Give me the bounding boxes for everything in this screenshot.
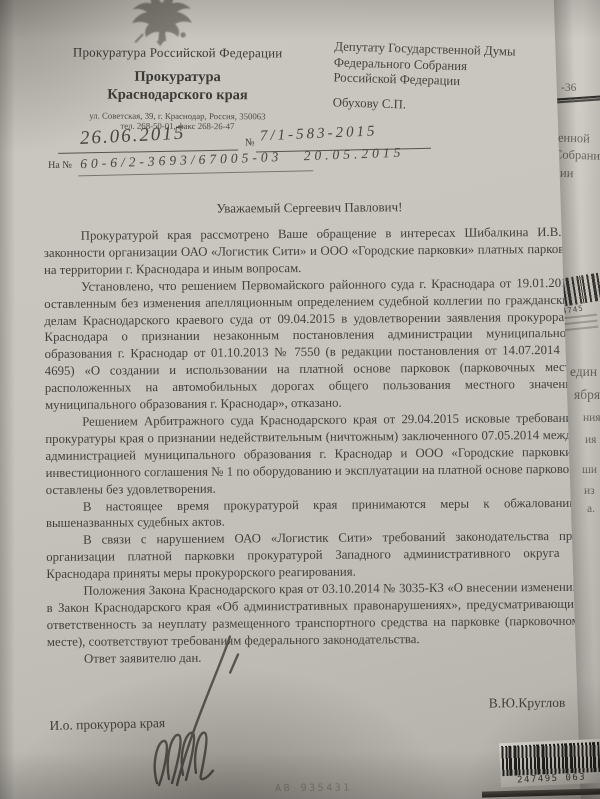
salutation: Уважаемый Сергеевич Павлович! [43,198,575,218]
handwritten-incoming-reference: 60-6/2-3693/67005-03 20.05.2015 [80,145,405,173]
org-name: Прокуратура Краснодарского края [37,67,317,104]
paragraph: Установлено, что решением Первомайского … [44,275,578,414]
number-sign-label: № [245,137,255,148]
handwritten-outgoing-number: 7/1-583-2015 [260,123,378,145]
addressee-block: Депутату Государственной Думы Федерально… [333,39,573,117]
org-name-line2: Краснодарского края [37,85,317,104]
org-parent-name: Прокуратура Российской Федерации [38,44,318,61]
addressee-name: Обухову С.П. [333,95,571,117]
letter-content: Прокуратура Российской Федерации Прокура… [0,0,600,799]
bottom-barcode: 247495 063 [499,739,600,787]
handwritten-date: 26.06.2015 [79,123,185,150]
reference-underline [78,170,313,176]
handwritten-signature [142,632,273,793]
org-name-line1: Прокуратура [38,67,318,86]
barcode-bars [501,742,600,776]
paragraph: Ответ заявителю дан. [47,646,580,667]
coat-of-arms-eagle-icon [125,0,199,46]
paragraph: Решением Арбитражного суда Краснодарског… [45,410,579,499]
document-photo: -36 енной Собрани ии 24745 един ября ния… [0,0,600,799]
signer-name: В.Ю.Круглов [489,695,566,712]
paragraph: В настоящее время прокуратурой края прин… [46,494,579,532]
blank-serial-number: АВ 935431 [275,783,352,795]
paragraph: Положения Закона Краснодарского края от … [46,579,580,651]
letterhead: Прокуратура Российской Федерации Прокура… [37,44,317,131]
letter-page: Прокуратура Российской Федерации Прокура… [0,0,600,799]
paragraph: Прокуратурой края рассмотрено Ваше обращ… [44,224,577,279]
paragraph: В связи с нарушением ОАО «Логистик Сити»… [46,528,579,583]
letter-body: Прокуратурой края рассмотрено Ваше обращ… [44,224,580,668]
incoming-ref-label: На № [48,160,72,171]
